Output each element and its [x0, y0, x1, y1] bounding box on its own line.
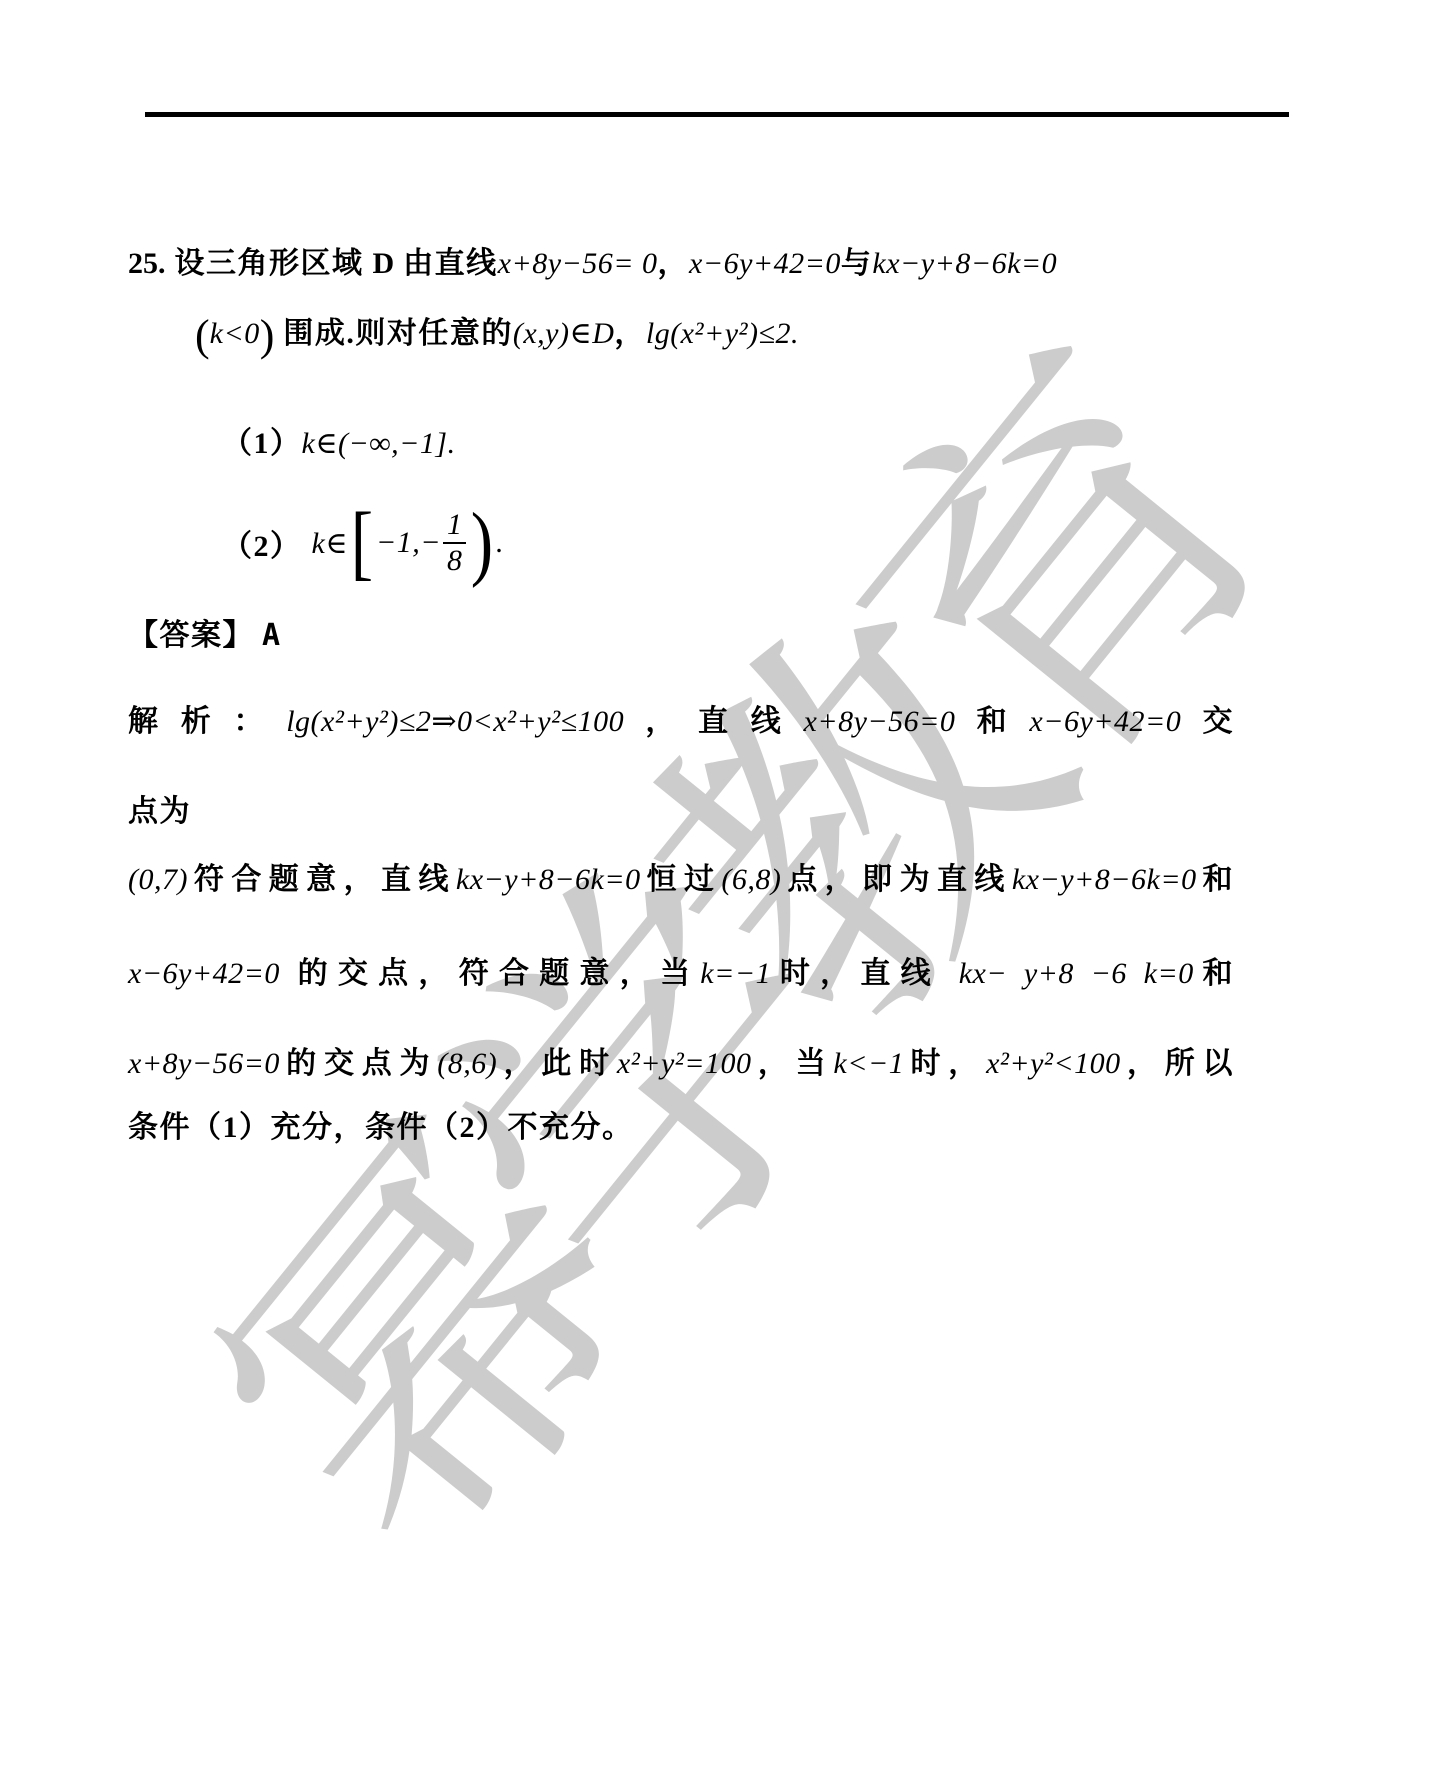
- close-paren-big: ): [471, 505, 493, 581]
- cn-run: 和: [1194, 957, 1234, 990]
- math-run: (0,7): [128, 863, 188, 896]
- math-run: x−6y+42=0: [1029, 705, 1181, 738]
- cn-run: 的交点为: [280, 1047, 437, 1080]
- answer-value: A: [254, 618, 280, 653]
- answer-label: 【答案】: [128, 619, 254, 652]
- cn-run: 条件（1）充分，条件（2）不充分。: [128, 1111, 634, 1144]
- problem-statement-line-1: 25. 设三角形区域 D 由直线x+8y−56= 0，x−6y+42=0与kx−…: [128, 242, 1057, 286]
- math-run: kx−y+8−6k=0: [456, 863, 641, 896]
- math-run: k<−1: [833, 1047, 904, 1080]
- cn-run: ，: [658, 247, 690, 280]
- math-run: k∈: [312, 526, 349, 561]
- problem-number: 25.: [128, 247, 166, 280]
- cn-run: 时，: [904, 1047, 986, 1080]
- cn-run: 符合题意，直线: [188, 863, 456, 896]
- cn-run: 设三角形区域: [166, 247, 373, 280]
- math-run: (6,8): [721, 863, 781, 896]
- analysis-line-4: x−6y+42=0 的交点，符合题意，当k=−1时，直线 kx− y+8 −6 …: [128, 952, 1234, 996]
- analysis-line-3: (0,7)符合题意，直线kx−y+8−6k=0恒过(6,8)点，即为直线kx−y…: [128, 858, 1234, 902]
- math-run: x+8y−56= 0: [498, 247, 658, 280]
- analysis-line-1: 解析：lg(x²+y²)≤2⇒0<x²+y²≤100，直线x+8y−56=0和x…: [128, 700, 1234, 744]
- analysis-conclusion-line: 条件（1）充分，条件（2）不充分。: [128, 1106, 634, 1150]
- cn-run: 和: [955, 705, 1029, 738]
- math-run: (8,6): [437, 1047, 497, 1080]
- close-paren: ): [260, 311, 275, 360]
- open-paren: (: [195, 311, 210, 360]
- cn-run: 和: [1197, 863, 1234, 896]
- fraction-1-8: 18: [443, 508, 466, 579]
- math-run: k<0: [210, 317, 260, 350]
- analysis-line-2: 点为: [128, 790, 191, 834]
- math-run: .: [496, 526, 504, 560]
- math-run: lg(x²+y²)≤2⇒0<x²+y²≤100: [286, 705, 624, 738]
- condition-1-label: （1）: [222, 427, 302, 460]
- condition-2-label: （2）: [222, 521, 302, 565]
- fraction-numerator: 1: [443, 508, 466, 543]
- answer-line: 【答案】A: [128, 614, 280, 658]
- math-run: x+8y−56=0: [128, 1047, 280, 1080]
- math-run: x²+y²=100: [617, 1047, 752, 1080]
- math-run: lg(x²+y²)≤2.: [646, 317, 799, 350]
- condition-2-line: （2）k∈[−1,−18).: [222, 487, 504, 599]
- cn-run: 点为: [128, 795, 191, 828]
- analysis-line-5: x+8y−56=0的交点为(8,6)，此时x²+y²=100，当k<−1时，x²…: [128, 1042, 1234, 1086]
- math-run: D: [373, 247, 395, 280]
- cn-run: ，直线: [624, 705, 803, 738]
- cn-run: 与: [841, 247, 873, 280]
- math-run: kx−y+8−6k=0: [1012, 863, 1197, 896]
- problem-statement-line-2: (k<0) 围成.则对任意的(x,y)∈D，lg(x²+y²)≤2.: [195, 312, 799, 356]
- cn-run: ，: [614, 317, 646, 350]
- math-run: (x,y)∈D: [513, 317, 614, 350]
- cn-run: 围成.则对任意的: [274, 317, 513, 350]
- cn-run: 恒过: [641, 863, 722, 896]
- math-run: kx− y+8 −6 k=0: [959, 957, 1194, 990]
- math-run: x²+y²<100: [986, 1047, 1121, 1080]
- cn-run: ，当: [752, 1047, 834, 1080]
- math-run: x−6y+42=0: [689, 247, 841, 280]
- math-run: kx−y+8−6k=0: [872, 247, 1057, 280]
- math-run: x−6y+42=0: [128, 957, 280, 990]
- cn-run: ，所以: [1121, 1047, 1234, 1080]
- math-run: k∈(−∞,−1].: [302, 427, 456, 460]
- math-run: x+8y−56=0: [804, 705, 956, 738]
- analysis-label: 解析：: [128, 705, 286, 738]
- cn-run: 点，即为直线: [781, 863, 1011, 896]
- header-rule: [145, 112, 1289, 117]
- math-run: −1,−: [376, 526, 441, 560]
- cn-run: 时，直线: [771, 957, 959, 990]
- cn-run: 由直线: [394, 247, 498, 280]
- document-page: 幂学教育 25. 设三角形区域 D 由直线x+8y−56= 0，x−6y+42=…: [0, 0, 1434, 1779]
- math-run: k=−1: [700, 957, 771, 990]
- cn-run: 的交点，符合题意，当: [280, 957, 700, 990]
- condition-1-line: （1）k∈(−∞,−1].: [222, 422, 456, 466]
- cn-run: ，此时: [497, 1047, 617, 1080]
- cn-run: 交: [1181, 705, 1234, 738]
- open-bracket: [: [351, 505, 373, 581]
- fraction-denominator: 8: [443, 542, 466, 579]
